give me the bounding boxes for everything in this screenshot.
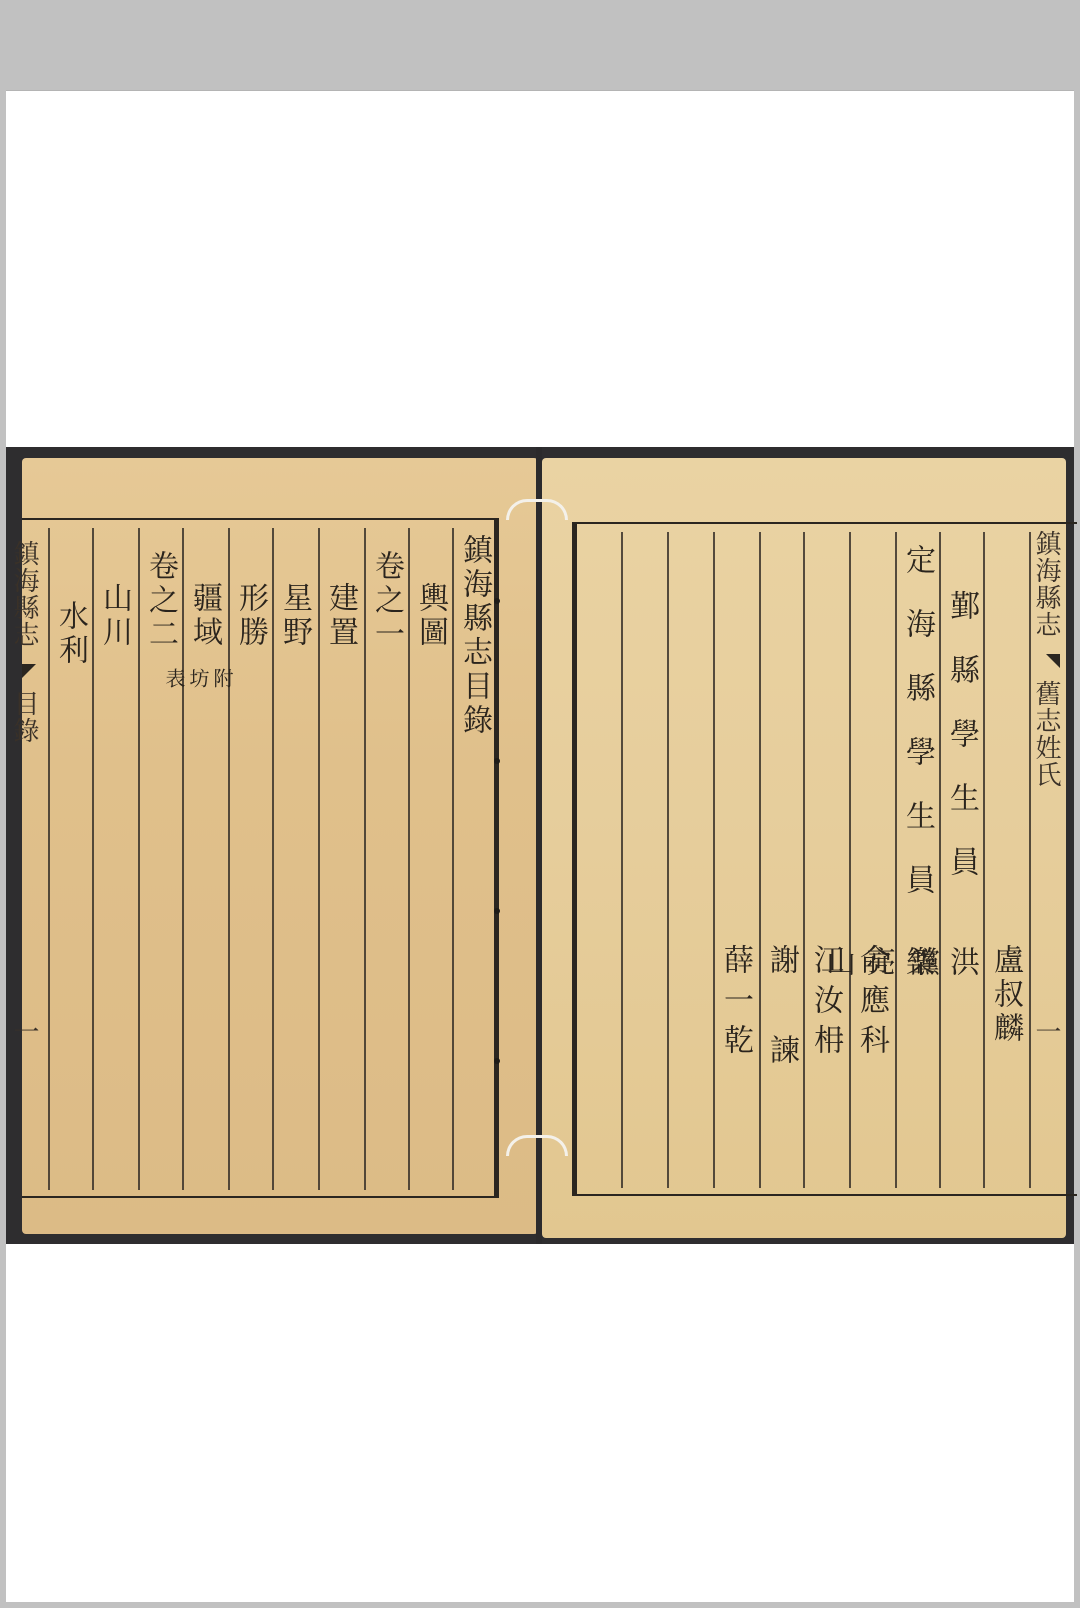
compiler-entry: 定海縣學生員 樂亮山 bbox=[897, 544, 941, 928]
compiler-affiliation: 定海縣學生員 bbox=[897, 544, 937, 928]
right-page-frame: 盧叔麟 鄞縣學生員 洪讜 定海縣學生員 樂亮山 俞應科 江汝枏 謝諫 薛一乾 bbox=[572, 522, 1077, 1196]
binding-hole bbox=[494, 598, 500, 604]
compiler-name: 江汝枏 bbox=[805, 944, 845, 1064]
toc-entry: 建置 bbox=[320, 582, 360, 650]
compiler-name: 洪讜 bbox=[941, 946, 981, 1010]
toc-entry: 山川 bbox=[94, 582, 134, 650]
margin-book-title: 鎮海縣志 bbox=[18, 540, 44, 648]
compiler-name: 薛一乾 bbox=[715, 944, 755, 1064]
toc-entry: 水利 bbox=[50, 600, 90, 668]
compiler-name: 俞應科 bbox=[851, 944, 891, 1064]
toc-volume-heading: 卷之一 bbox=[366, 550, 406, 652]
margin-book-title: 鎮海縣志 bbox=[1040, 530, 1066, 638]
margin-section: 舊志姓氏 bbox=[1040, 680, 1066, 788]
fish-tail-mark bbox=[1046, 654, 1060, 668]
toc-volume-heading: 卷之二 bbox=[140, 550, 180, 652]
binding-thread bbox=[506, 1135, 568, 1156]
left-page: 鎮海縣志目錄 輿圖 卷之一 建置 星野 形勝 疆域 附坊表 卷之二 山川 水利 … bbox=[22, 458, 538, 1234]
column-rule bbox=[849, 532, 851, 1188]
compiler-name: 盧叔麟 bbox=[985, 944, 1025, 1046]
toc-entry-note: 附坊表 bbox=[194, 668, 234, 690]
compiler-name: 謝諫 bbox=[761, 944, 801, 1124]
binding-hole bbox=[494, 908, 500, 914]
toc-entry: 輿圖 bbox=[410, 582, 450, 650]
column-rule bbox=[667, 532, 669, 1188]
margin-page-mark: 一 bbox=[1040, 1018, 1066, 1045]
toc-entry: 星野 bbox=[274, 582, 314, 650]
column-rule bbox=[621, 532, 623, 1188]
toc-entry: 形勝 bbox=[230, 582, 270, 650]
margin-section: 目錄 bbox=[18, 690, 44, 744]
compiler-affiliation: 鄞縣學生員 bbox=[941, 590, 981, 910]
binding-thread bbox=[506, 499, 568, 520]
margin-page-mark: 一 bbox=[18, 1018, 44, 1045]
toc-entry-with-note: 疆域 附坊表 bbox=[184, 582, 228, 650]
column-rule bbox=[803, 532, 805, 1188]
compiler-entry: 鄞縣學生員 洪讜 bbox=[941, 590, 985, 910]
right-page: 盧叔麟 鄞縣學生員 洪讜 定海縣學生員 樂亮山 俞應科 江汝枏 謝諫 薛一乾 鎮… bbox=[542, 458, 1066, 1238]
compiler-name: 樂亮山 bbox=[897, 946, 937, 986]
binding-hole bbox=[494, 758, 500, 764]
left-page-frame: 鎮海縣志目錄 輿圖 卷之一 建置 星野 形勝 疆域 附坊表 卷之二 山川 水利 bbox=[22, 518, 499, 1198]
fish-tail-mark bbox=[22, 664, 36, 678]
toc-entry: 疆域 bbox=[184, 582, 224, 650]
column-rule bbox=[713, 532, 715, 1188]
toc-title: 鎮海縣志目錄 bbox=[454, 534, 494, 738]
book-scan-image: 鎮海縣志目錄 輿圖 卷之一 建置 星野 形勝 疆域 附坊表 卷之二 山川 水利 … bbox=[6, 447, 1074, 1244]
bleed-through-text bbox=[62, 670, 102, 714]
binding-hole bbox=[494, 1058, 500, 1064]
